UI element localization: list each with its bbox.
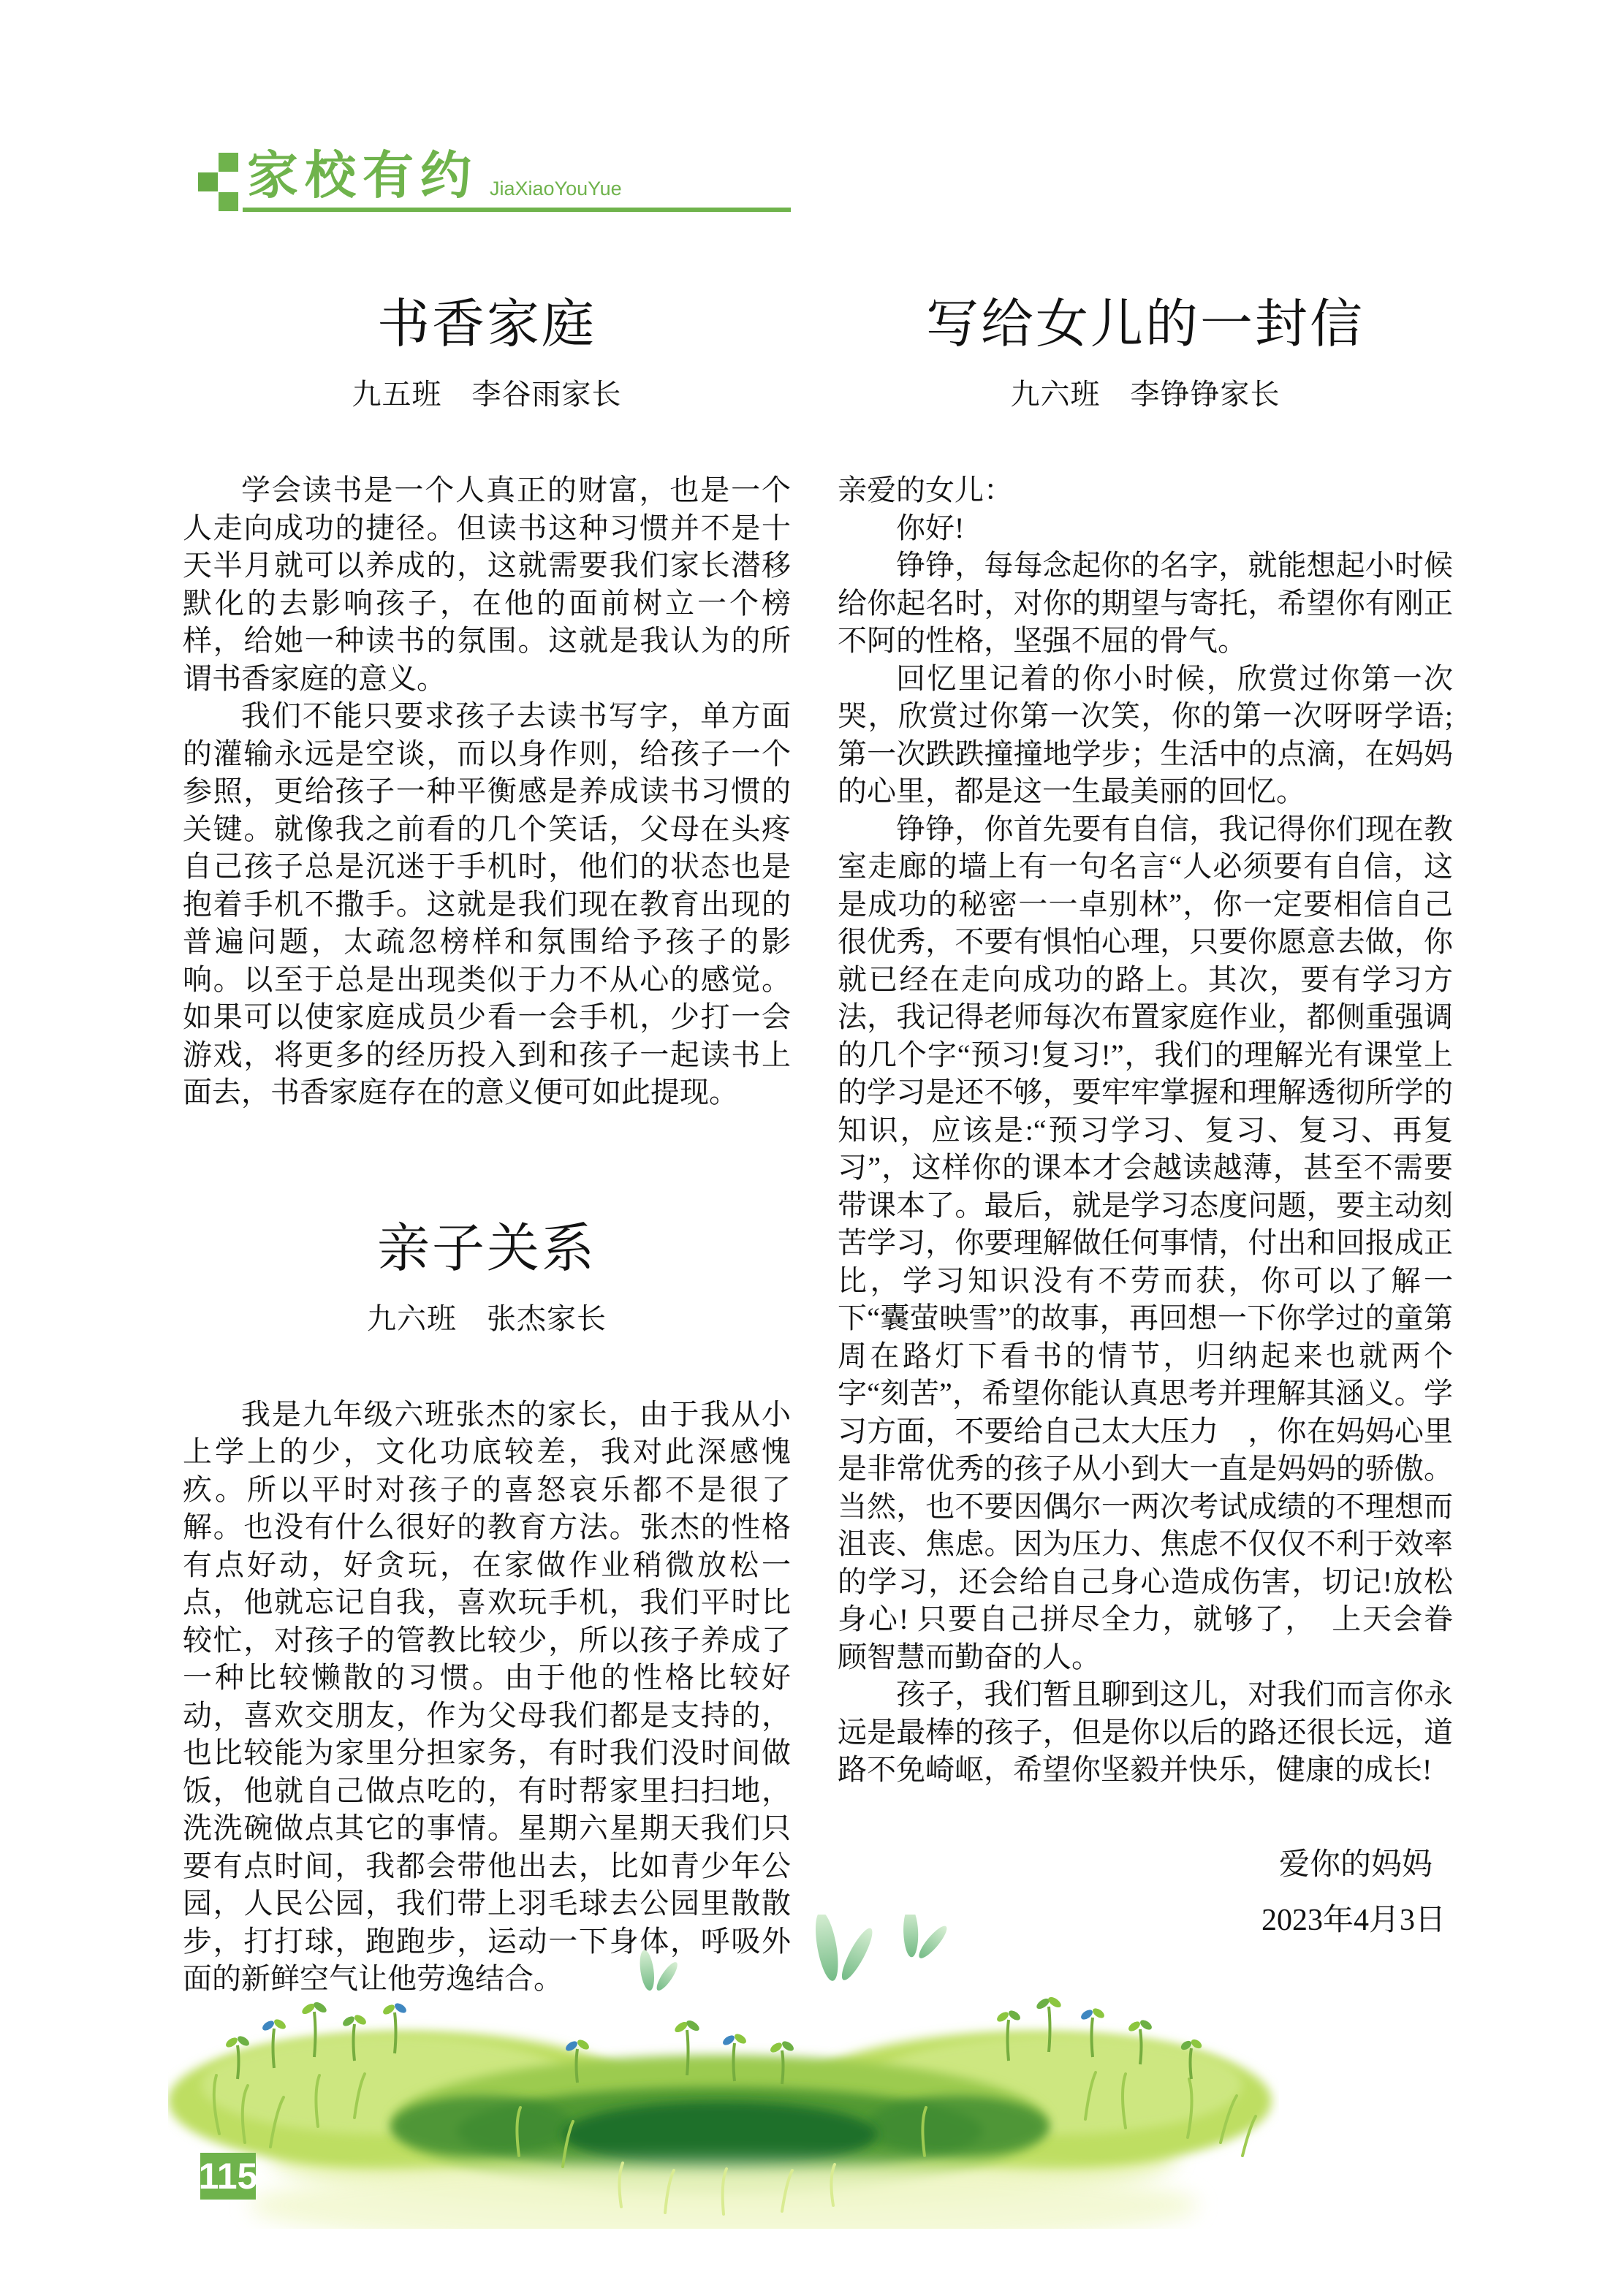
butterfly-icon bbox=[630, 1947, 683, 1998]
logo-square-icon bbox=[219, 192, 238, 211]
letter-greeting: 你好! bbox=[838, 509, 1453, 547]
article1-paragraph: 学会读书是一个人真正的财富，也是一个人走向成功的捷径。但读书这种习惯并不是十天半… bbox=[183, 471, 791, 697]
masthead-title: 家校有约 bbox=[247, 146, 478, 205]
letter-title: 写给女儿的一封信 bbox=[838, 289, 1453, 360]
grass-mound bbox=[168, 2031, 1272, 2229]
letter-salutation: 亲爱的女儿： bbox=[838, 471, 1453, 509]
logo-square-icon bbox=[219, 153, 238, 172]
article2-title: 亲子关系 bbox=[183, 1214, 791, 1284]
logo-square-icon bbox=[198, 172, 218, 191]
masthead-rule bbox=[243, 208, 791, 212]
letter-paragraph: 回忆里记着的你小时候，欣赏过你第一次哭，欣赏过你第一次笑，你的第一次呀呀学语;第… bbox=[838, 660, 1453, 810]
magazine-page: 家校有约 JiaXiaoYouYue 书香家庭 九五班 李谷雨家长 学会读书是一… bbox=[0, 0, 1624, 2296]
article1-title: 书香家庭 bbox=[183, 289, 791, 360]
article1-byline: 九五班 李谷雨家长 bbox=[183, 371, 791, 413]
article2-paragraph: 我是九年级六班张杰的家长，由于我从小上学上的少，文化功底较差，我对此深感愧疚。所… bbox=[183, 1396, 791, 1998]
letter-paragraph: 铮铮，你首先要有自信，我记得你们现在教室走廊的墙上有一句名言“人必须要有自信，这… bbox=[838, 810, 1453, 1676]
grass-illustration bbox=[168, 1915, 1279, 2229]
left-column: 书香家庭 九五班 李谷雨家长 学会读书是一个人真正的财富，也是一个人走向成功的捷… bbox=[183, 289, 791, 1998]
letter-signature: 爱你的妈妈 bbox=[838, 1840, 1453, 1884]
page-number-badge: 115 bbox=[200, 2153, 256, 2200]
right-column: 写给女儿的一封信 九六班 李铮铮家长 亲爱的女儿： 你好! 铮铮，每每念起你的名… bbox=[838, 289, 1453, 1939]
letter-paragraph: 孩子，我们暂且聊到这儿，对我们而言你永远是最棒的孩子，但是你以后的路还很长远，道… bbox=[838, 1676, 1453, 1789]
article2-byline: 九六班 张杰家长 bbox=[183, 1296, 791, 1337]
butterfly-icon bbox=[888, 1915, 954, 1969]
letter-paragraph: 铮铮，每每念起你的名字，就能想起小时候给你起名时，对你的期望与寄托，希望你有刚正… bbox=[838, 547, 1453, 660]
letter-byline: 九六班 李铮铮家长 bbox=[838, 371, 1453, 413]
masthead-pinyin: JiaXiaoYouYue bbox=[490, 178, 622, 200]
article1-paragraph: 我们不能只要求孩子去读书写字，单方面的灌输永远是空谈，而以身作则，给孩子一个参照… bbox=[183, 697, 791, 1111]
butterfly-icon bbox=[802, 1915, 879, 1989]
